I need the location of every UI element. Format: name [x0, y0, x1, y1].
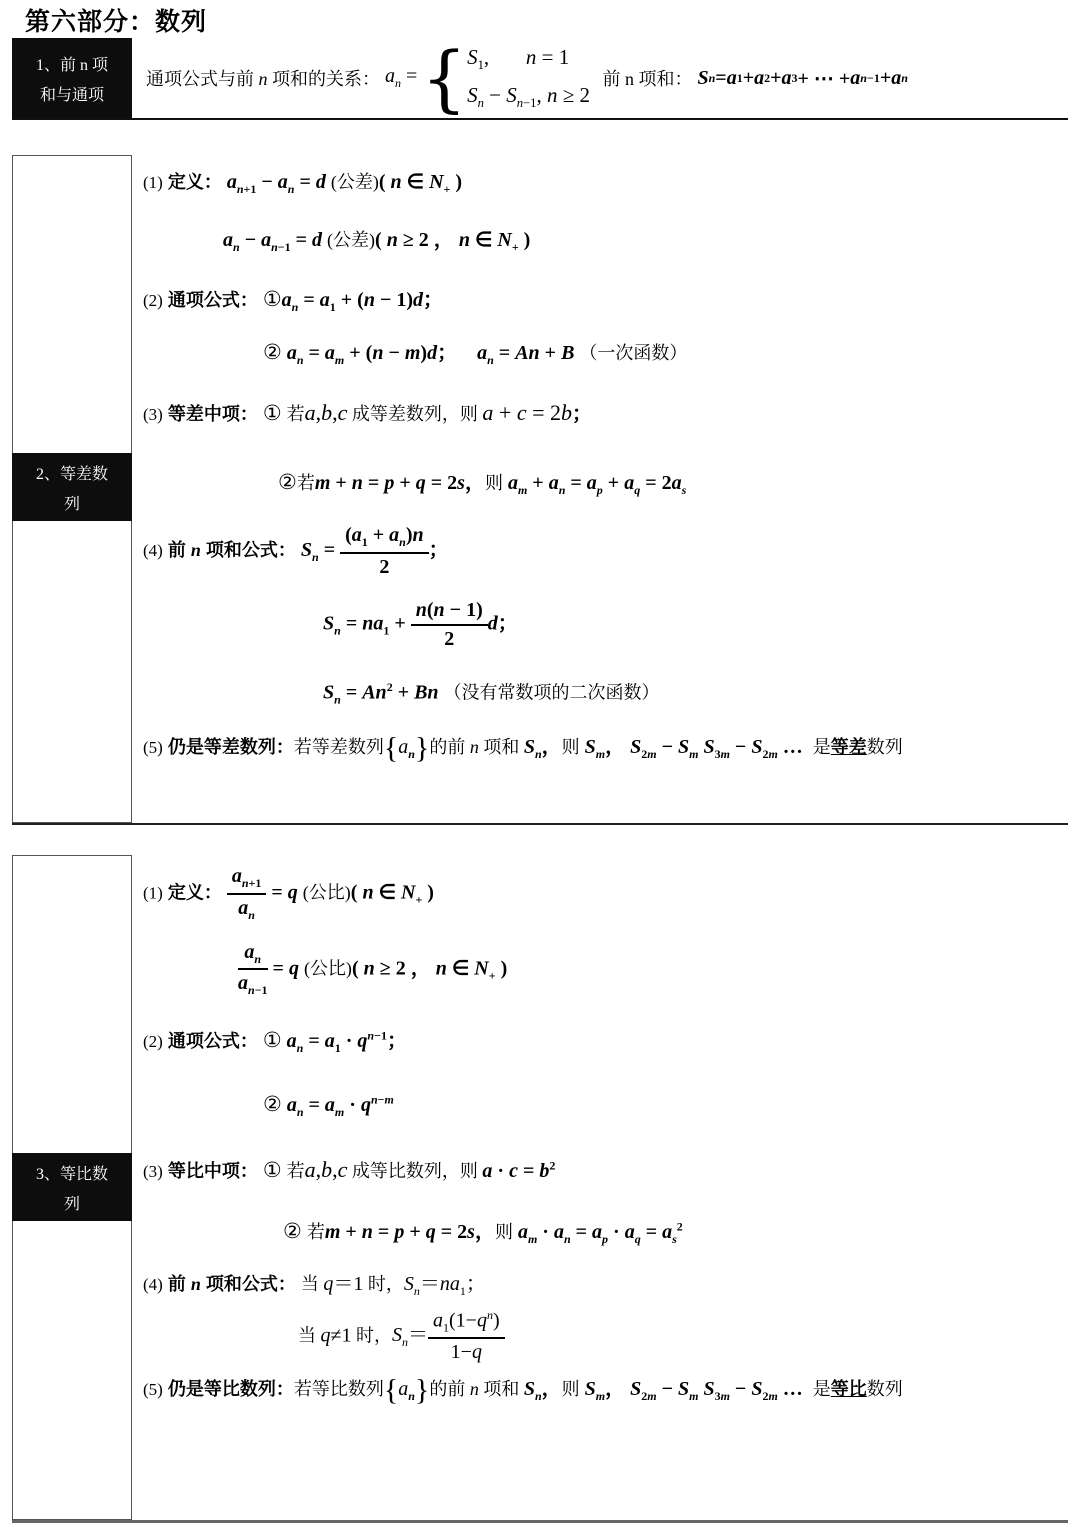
- section-3-label-line1: 3、等比数: [36, 1161, 108, 1184]
- arith-general-term-1: (2) 通项公式： ①an = a1 + (n − 1)d；: [143, 285, 1068, 315]
- section-2-label-box: 2、等差数 列: [12, 453, 132, 521]
- arith-still-arithmetic: (5) 仍是等差数列：若等差数列{an}的前 n 项和 Sn，则 Sm， S2m…: [143, 734, 1068, 762]
- section-3-content: (1) 定义： an+1an = q (公比)( n ∈ N+ ) anan−1…: [143, 865, 1068, 1405]
- geo-middle-term-1: (3) 等比中项： ① 若a,b,c 成等比数列，则 a · c = b2: [143, 1155, 1068, 1185]
- section-3-left-column: 3、等比数 列: [12, 855, 132, 1520]
- section-2-label-line1: 2、等差数: [36, 461, 108, 484]
- geo-general-term-2: ② an = am · qn−m: [263, 1090, 1068, 1120]
- section-2-label-line2: 列: [64, 491, 80, 514]
- section-arithmetic-sequence: 2、等差数 列 (1) 定义： an+1 − an = d (公差)( n ∈ …: [12, 155, 1068, 825]
- geo-sum-formula-q1: (4) 前 n 项和公式： 当 q＝1 时，Sn＝na1；: [143, 1271, 1068, 1299]
- arith-sum-formula-1: (4) 前 n 项和公式： Sn = (a1 + an)n2；: [143, 524, 1068, 579]
- arith-middle-term-2: ②若m + n = p + q = 2s，则 am + an = ap + aq…: [278, 468, 1068, 498]
- section-geometric-sequence: 3、等比数 列 (1) 定义： an+1an = q (公比)( n ∈ N+ …: [12, 855, 1068, 1523]
- arith-definition-line1: (1) 定义： an+1 − an = d (公差)( n ∈ N+ ): [143, 169, 1068, 197]
- section-3-label-line2: 列: [64, 1191, 80, 1214]
- geo-general-term-1: (2) 通项公式： ① an = a1 · qn−1；: [143, 1026, 1068, 1056]
- section-sum-and-general-term: 1、前 n 项 和与通项 通项公式与前 n 项和的关系： an ={S1, n …: [12, 38, 1068, 120]
- section-2-content: (1) 定义： an+1 − an = d (公差)( n ∈ N+ ) an …: [143, 169, 1068, 762]
- geo-still-geometric: (5) 仍是等比数列：若等比数列{an}的前 n 项和 Sn，则 Sm， S2m…: [143, 1376, 1068, 1404]
- section-1-formula: 通项公式与前 n 项和的关系： an ={S1, n = 1Sn − Sn−1,…: [132, 38, 1068, 118]
- section-1-label-box: 1、前 n 项 和与通项: [12, 38, 132, 118]
- document-page: 第六部分：数列 1、前 n 项 和与通项 通项公式与前 n 项和的关系： an …: [0, 0, 1080, 1539]
- geo-middle-term-2: ② 若m + n = p + q = 2s，则 am · an = ap · a…: [283, 1217, 1068, 1247]
- arith-middle-term-1: (3) 等差中项： ① 若a,b,c 成等差数列，则 a + c = 2b；: [143, 398, 1068, 428]
- arith-sum-formula-2: Sn = na1 + n(n − 1)2d；: [323, 599, 1068, 651]
- arith-definition-line2: an − an−1 = d (公差)( n ≥ 2 ， n ∈ N+ ): [223, 227, 1068, 255]
- section-3-label-box: 3、等比数 列: [12, 1153, 132, 1221]
- arith-general-term-2: ② an = am + (n − m)d； an = An + B （一次函数）: [263, 338, 1068, 368]
- page-title: 第六部分：数列: [25, 2, 207, 38]
- geo-definition-line2: anan−1 = q (公比)( n ≥ 2 ， n ∈ N+ ): [238, 941, 1068, 999]
- arith-sum-formula-3: Sn = An2 + Bn （没有常数项的二次函数）: [323, 679, 1068, 708]
- section-2-left-column: 2、等差数 列: [12, 155, 132, 823]
- geo-definition-line1: (1) 定义： an+1an = q (公比)( n ∈ N+ ): [143, 865, 1068, 923]
- section-1-label-line2: 和与通项: [40, 82, 104, 105]
- geo-sum-formula-qne1: 当 q≠1 时，Sn＝a1(1−qn)1−q: [298, 1309, 1068, 1364]
- section-1-label-line1: 1、前 n 项: [36, 52, 108, 75]
